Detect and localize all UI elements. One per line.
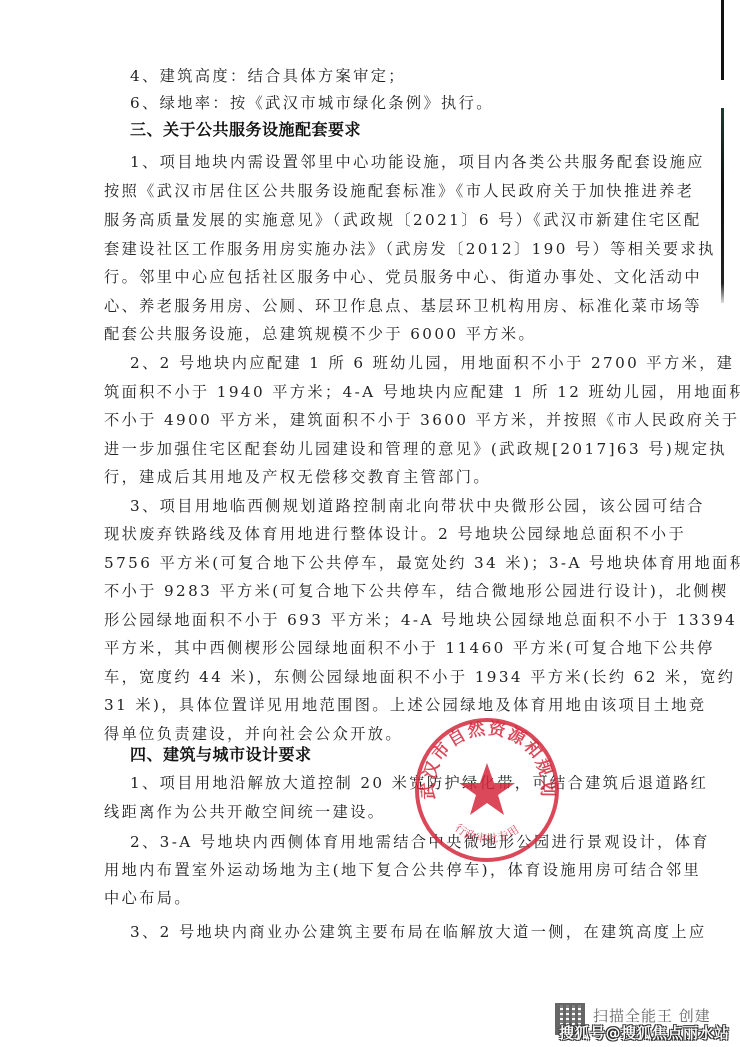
text-line: 1、项目地块内需设置邻里中心功能设施，项目内各类公共服务配套设施应 (130, 152, 600, 172)
text-line: 3、项目用地临西侧规划道路控制南北向带状中央微形公园，该公园可结合 (130, 496, 600, 516)
text-line: 不小于 9283 平方米(可复合地下公共停车，结合微地形公园进行设计)，北侧楔 (104, 581, 600, 601)
text-line: 套建设社区工作服务用房实施办法》（武房发〔2012〕190 号）等相关要求执 (104, 239, 600, 259)
text-line: 进一步加强住宅区配套幼儿园建设和管理的意见》(武政规[2017]63 号)规定执 (104, 439, 600, 459)
text-line: 6、绿地率：按《武汉市城市绿化条例》执行。 (130, 93, 600, 113)
text-line: 按照《武汉市居住区公共服务设施配套标准》《市人民政府关于加快推进养老 (104, 181, 600, 201)
document-page: 4、建筑高度：结合具体方案审定；6、绿地率：按《武汉市城市绿化条例》执行。三、关… (0, 0, 740, 1047)
text-line: 中心布局。 (104, 888, 600, 908)
page-edge-shadow (721, 0, 724, 80)
text-line: 不小于 4900 平方米，建筑面积不小于 3600 平方米，并按照《市人民政府关… (104, 410, 600, 430)
text-line: 3、2 号地块内商业办公建筑主要布局在临解放大道一侧，在建筑高度上应 (130, 922, 600, 942)
text-line: 行，建成后其用地及产权无偿移交教育主管部门。 (104, 467, 600, 487)
text-line: 行。邻里中心应包括社区服务中心、党员服务中心、街道办事处、文化活动中 (104, 267, 600, 287)
section-heading: 三、关于公共服务设施配套要求 (130, 120, 600, 140)
official-seal-icon: 武汉市自然资源和规划局 行政审批专用章 (412, 715, 562, 865)
page-edge-shadow (721, 108, 724, 303)
text-line: 平方米，其中西侧楔形公园绿地面积不小于 11460 平方米(可复合地下公共停 (104, 638, 600, 658)
text-line: 车，宽度约 44 米)，东侧公园绿地面积不小于 1934 平方米(长约 62 米… (104, 667, 600, 687)
text-line: 筑面积不小于 1940 平方米；4-A 号地块内应配建 1 所 12 班幼儿园，… (104, 382, 600, 402)
scanner-watermark: 扫描全能王 创建 搜狐号@搜狐焦点丽水站 (555, 997, 735, 1042)
text-line: 服务高质量发展的实施意见》（武政规〔2021〕6 号）《武汉市新建住宅区配 (104, 210, 600, 230)
watermark-source: 搜狐号@搜狐焦点丽水站 (559, 1022, 730, 1043)
text-line: 2、2 号地块内应配建 1 所 6 班幼儿园，用地面积不小于 2700 平方米，… (130, 353, 600, 373)
text-line: 现状废弃铁路线及体育用地进行整体设计。2 号地块公园绿地总面积不小于 (104, 524, 600, 544)
text-line: 4、建筑高度：结合具体方案审定； (130, 66, 600, 86)
text-line: 形公园绿地面积不小于 693 平方米；4-A 号地块公园绿地总面积不小于 133… (104, 610, 600, 630)
text-line: 31 米)，具体位置详见用地范围图。上述公园绿地及体育用地由该项目土地竞 (104, 695, 600, 715)
text-line: 心、养老服务用房、公厕、环卫作息点、基层环卫机构用房、标准化菜市场等 (104, 296, 600, 316)
text-line: 配套公共服务设施，总建筑规模不少于 6000 平方米。 (104, 324, 600, 344)
text-line: 5756 平方米(可复合地下公共停车，最宽处约 34 米)；3-A 号地块体育用… (104, 553, 600, 573)
